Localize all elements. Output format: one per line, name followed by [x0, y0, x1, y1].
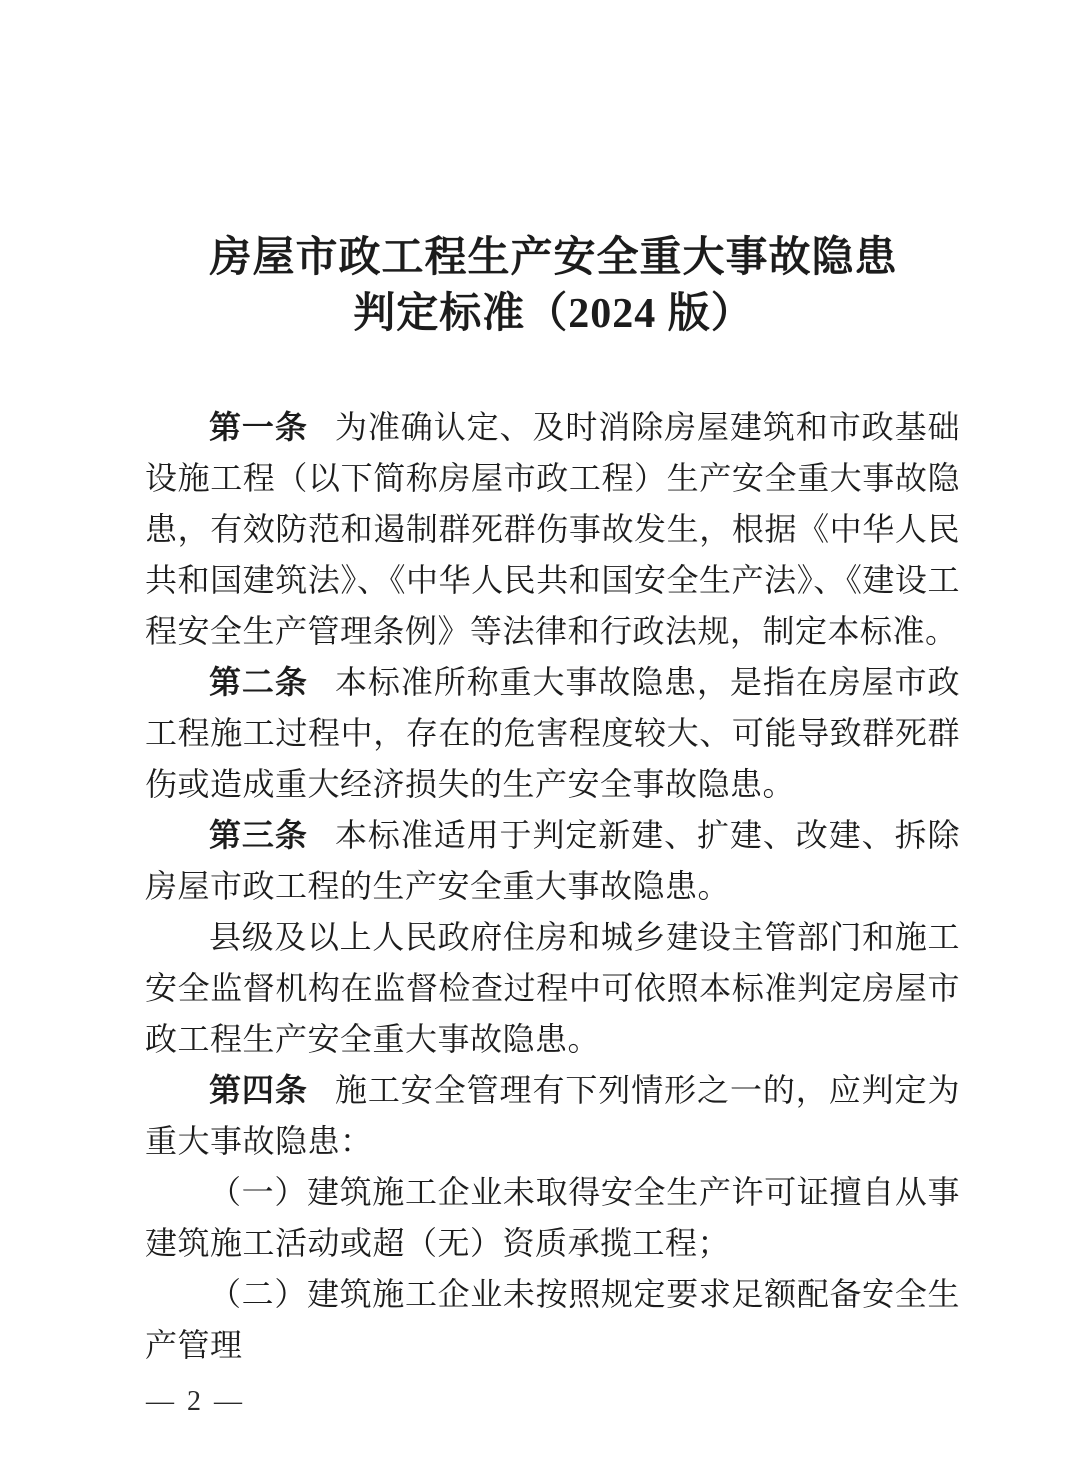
article-label: 第二条 [209, 664, 308, 700]
article-text: （二）建筑施工企业未按照规定要求足额配备安全生产管理 [145, 1276, 960, 1363]
document-title-line1: 房屋市政工程生产安全重大事故隐患 [145, 230, 962, 286]
paragraph-article-4: 第四条施工安全管理有下列情形之一的，应判定为重大事故隐患： [145, 1065, 960, 1167]
document-body: 第一条为准确认定、及时消除房屋建筑和市政基础设施工程（以下简称房屋市政工程）生产… [145, 402, 960, 1371]
article-label: 第一条 [209, 409, 308, 445]
document-title: 房屋市政工程生产安全重大事故隐患 判定标准（2024 版） [145, 230, 962, 342]
page-number: — 2 — [146, 1386, 245, 1418]
article-label: 第四条 [209, 1072, 308, 1108]
paragraph-item-1: （一）建筑施工企业未取得安全生产许可证擅自从事建筑施工活动或超（无）资质承揽工程… [145, 1167, 960, 1269]
document-page: 房屋市政工程生产安全重大事故隐患 判定标准（2024 版） 第一条为准确认定、及… [0, 0, 1080, 1458]
paragraph-article-1: 第一条为准确认定、及时消除房屋建筑和市政基础设施工程（以下简称房屋市政工程）生产… [145, 402, 960, 657]
paragraph-item-2: （二）建筑施工企业未按照规定要求足额配备安全生产管理 [145, 1269, 960, 1371]
paragraph-article-2: 第二条本标准所称重大事故隐患，是指在房屋市政工程施工过程中，存在的危害程度较大、… [145, 657, 960, 810]
document-title-line2: 判定标准（2024 版） [145, 286, 962, 342]
article-text: 为准确认定、及时消除房屋建筑和市政基础设施工程（以下简称房屋市政工程）生产安全重… [145, 409, 960, 649]
paragraph-article-3-continuation: 县级及以上人民政府住房和城乡建设主管部门和施工安全监督机构在监督检查过程中可依照… [145, 912, 960, 1065]
article-label: 第三条 [209, 817, 308, 853]
article-text: 县级及以上人民政府住房和城乡建设主管部门和施工安全监督机构在监督检查过程中可依照… [145, 919, 960, 1057]
article-text: （一）建筑施工企业未取得安全生产许可证擅自从事建筑施工活动或超（无）资质承揽工程… [145, 1174, 960, 1261]
paragraph-article-3: 第三条本标准适用于判定新建、扩建、改建、拆除房屋市政工程的生产安全重大事故隐患。 [145, 810, 960, 912]
